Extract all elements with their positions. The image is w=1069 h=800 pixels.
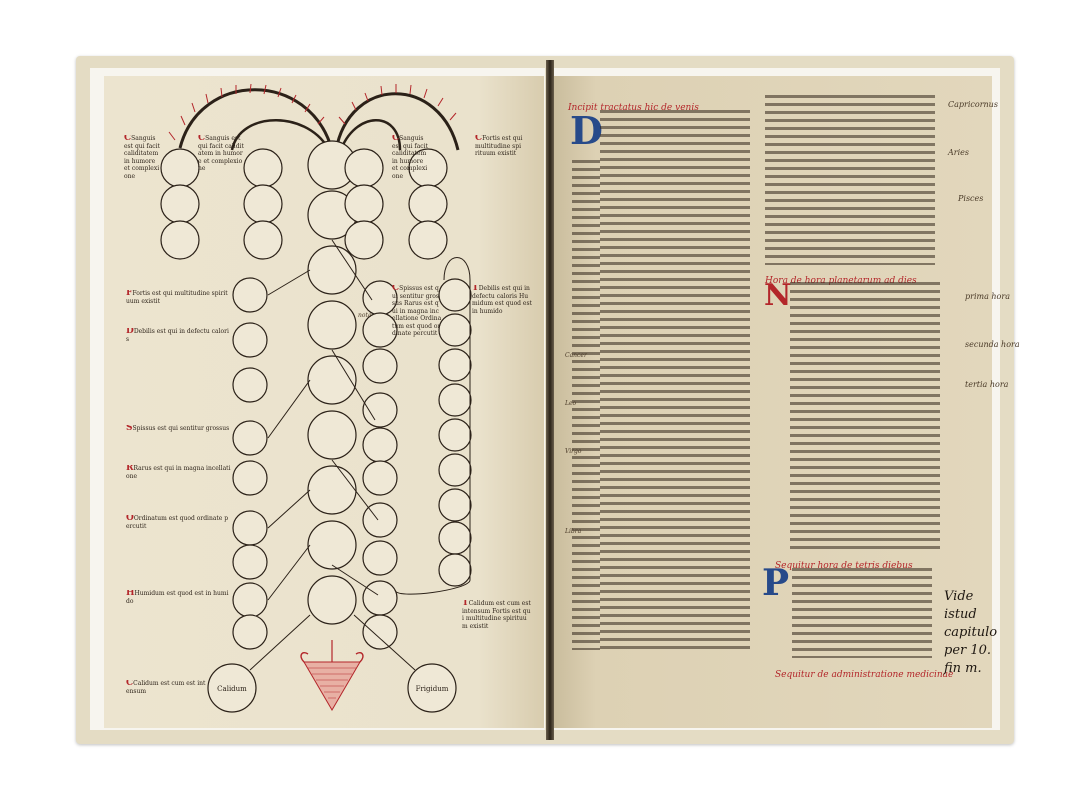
decorated-initial-n: N	[764, 278, 791, 313]
gloss-block-right-2: CFortis est qui multitudine spirituum ex…	[475, 135, 523, 245]
decorated-initial-d: D	[570, 108, 603, 153]
margin-note-aries: Aries	[948, 148, 969, 157]
gloss-ordinatum: OOrdinatum est quod ordinate percutit	[126, 515, 231, 555]
column-a-text-under-initial	[572, 160, 600, 650]
gloss-calidum: CCalidum est cum est intensum	[126, 680, 206, 710]
handwritten-note: Vide istud capitulo per 10. fin m.	[944, 588, 997, 678]
label-frigidum: Frigidum	[416, 685, 449, 693]
gloss-column-mid: CSpissus est qui sentitur grossus Rarus …	[392, 285, 442, 575]
column-b-text-bottom	[792, 568, 932, 658]
margin-note-capricornus: Capricornus	[948, 100, 998, 109]
margin-note-cancer: Cancer	[565, 352, 587, 359]
column-a-text	[600, 110, 750, 650]
margin-note-libra: Libra	[565, 528, 581, 535]
closing-rubric: Sequitur de administratione medicinae	[775, 662, 955, 681]
gloss-humidum: HHumidum est quod est in humido	[126, 590, 231, 635]
decorated-initial-p: P	[762, 562, 789, 604]
gloss-rarus: RRarus est qui in magna incellatione	[126, 465, 231, 495]
gloss-bottom-right: TCalidum est cum est intensum Fortis est…	[462, 600, 532, 700]
gloss-debilis: DDebilis est qui in defectu caloris	[126, 328, 231, 358]
margin-note-prima-hora: prima hora	[965, 292, 1010, 301]
label-calidum: Calidum	[217, 685, 247, 693]
gloss-column-right: TDebilis est qui in defectu caloris Humi…	[472, 285, 532, 585]
margin-note-virgo: Virgo	[565, 448, 581, 455]
margin-note-secunda-hora: secunda hora	[965, 340, 1020, 349]
gloss-block-1: CSanguis est qui facit caliditatem in hu…	[124, 135, 160, 255]
column-b-text-mid	[790, 282, 940, 554]
margin-note-tertia-hora: tertia hora	[965, 380, 1008, 389]
gloss-spissus: SSpissus est qui sentitur grossus	[126, 425, 231, 455]
gloss-block-2: CSanguis est qui facit caliditatem in hu…	[198, 135, 244, 255]
gloss-block-right-1: CSanguis est qui facit caliditatem in hu…	[392, 135, 428, 245]
margin-note-pisces: Pisces	[958, 194, 983, 203]
column-b-text-top	[765, 95, 935, 265]
margin-note-leo: Leo	[565, 400, 576, 407]
gloss-fortis: FFortis est qui multitudine spirituum ex…	[126, 290, 231, 320]
margin-note-left-page: nota	[358, 312, 371, 319]
